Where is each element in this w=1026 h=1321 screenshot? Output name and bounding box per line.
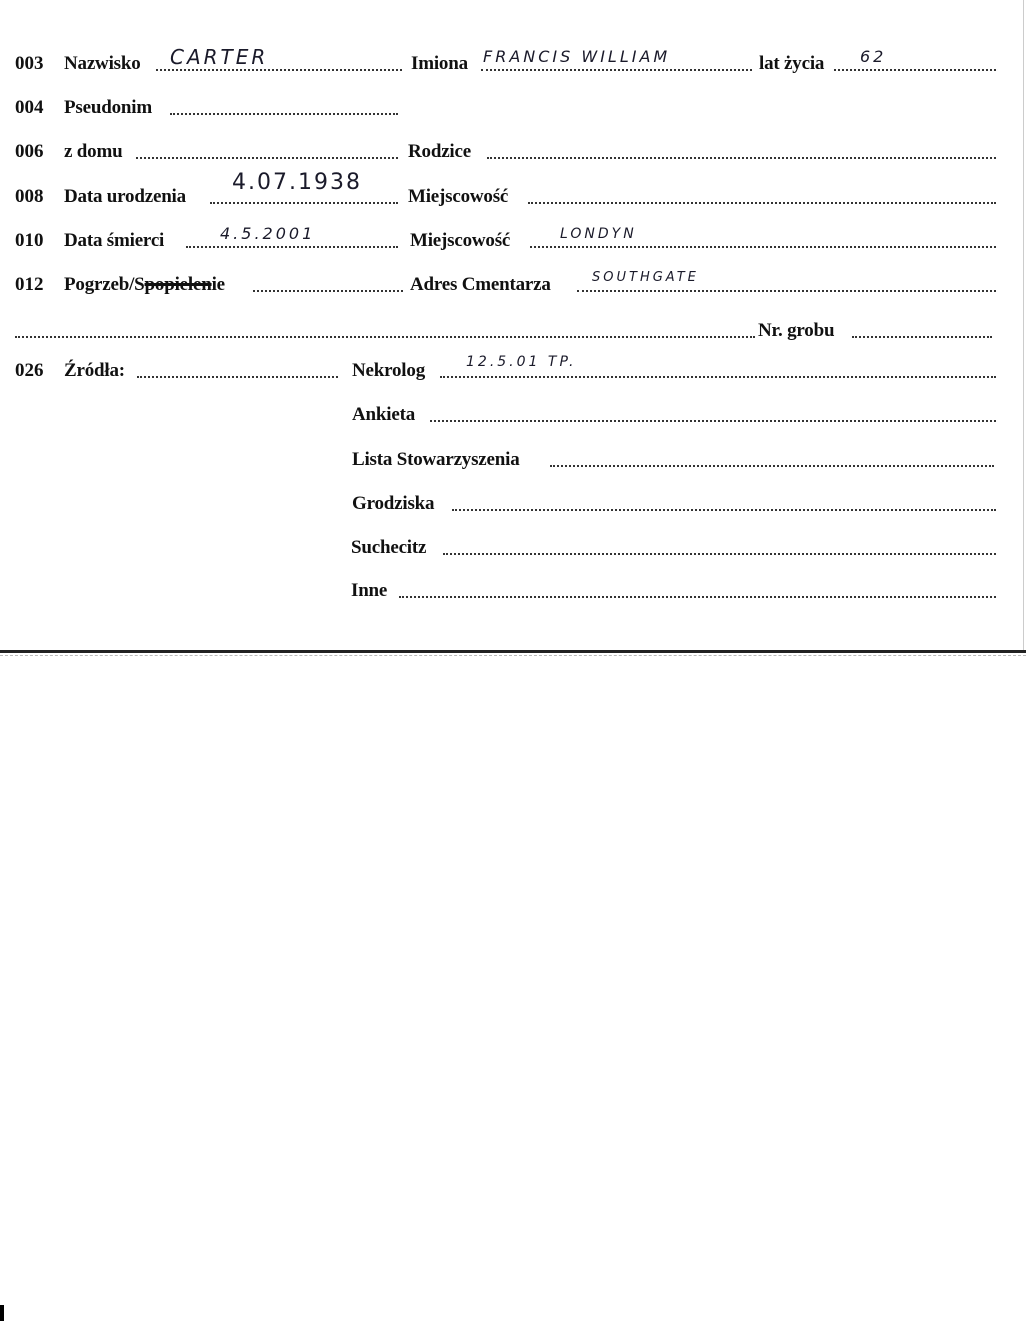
grave-number-label: Nr. grobu	[758, 320, 834, 342]
survey-label: Ankieta	[352, 404, 415, 426]
given-names-label: Imiona	[411, 53, 468, 75]
death-place-label: Miejscowość	[410, 230, 510, 252]
age-field[interactable]	[834, 69, 996, 71]
birth-date-value: 4.07.1938	[232, 170, 362, 195]
burial-field[interactable]	[253, 290, 403, 292]
death-place-field[interactable]	[530, 246, 996, 248]
maiden-name-label: z domu	[64, 141, 122, 163]
given-names-field[interactable]	[481, 69, 752, 71]
given-names-value: FRANCIS WILLIAM	[483, 47, 670, 66]
other-field[interactable]	[399, 596, 996, 598]
maiden-name-field[interactable]	[136, 157, 398, 159]
association-list-label: Lista Stowarzyszenia	[352, 449, 520, 471]
field-code: 012	[15, 274, 44, 296]
row-008: 008 Data urodzenia 4.07.1938 Miejscowość	[0, 180, 1026, 210]
suchecitz-field[interactable]	[443, 553, 996, 555]
scan-mark	[0, 1305, 4, 1321]
field-code: 006	[15, 141, 44, 163]
source-row-grodziska: Grodziska	[0, 487, 1026, 517]
source-row-suchecitz: Suchecitz	[0, 531, 1026, 561]
cemetery-address-value: SOUTHGATE	[592, 270, 699, 285]
burial-label-prefix: Pogrzeb/S	[64, 274, 145, 295]
obituary-value: 12.5.01 TP.	[466, 354, 576, 370]
cemetery-address-field[interactable]	[577, 290, 996, 292]
parents-field[interactable]	[487, 157, 996, 159]
grodziska-field[interactable]	[452, 509, 996, 511]
row-003: 003 Nazwisko CARTER Imiona FRANCIS WILLI…	[0, 47, 1026, 77]
death-place-value: LONDYN	[560, 226, 637, 242]
field-code: 003	[15, 53, 44, 75]
parents-label: Rodzice	[408, 141, 471, 163]
surname-field[interactable]	[156, 69, 402, 71]
field-code: 010	[15, 230, 44, 252]
surname-label: Nazwisko	[64, 53, 141, 75]
cemetery-address-continuation-field[interactable]	[15, 336, 755, 338]
obituary-field[interactable]	[440, 376, 996, 378]
source-row-association-list: Lista Stowarzyszenia	[0, 443, 1026, 473]
birth-place-field[interactable]	[528, 202, 996, 204]
birth-date-field[interactable]	[210, 202, 398, 204]
fold-shadow	[0, 655, 1026, 656]
death-date-label: Data śmierci	[64, 230, 164, 252]
age-label: lat życia	[759, 53, 824, 75]
pseudonym-field[interactable]	[170, 113, 398, 115]
birth-date-label: Data urodzenia	[64, 186, 186, 208]
field-code: 008	[15, 186, 44, 208]
source-row-other: Inne	[0, 574, 1026, 604]
fold-line	[0, 650, 1026, 653]
burial-label: Pogrzeb/Spopielenie	[64, 274, 225, 296]
association-list-field[interactable]	[550, 465, 994, 467]
source-row-survey: Ankieta	[0, 398, 1026, 428]
suchecitz-label: Suchecitz	[351, 537, 426, 559]
birth-place-label: Miejscowość	[408, 186, 508, 208]
row-004: 004 Pseudonim	[0, 91, 1026, 121]
burial-label-suffix: ie	[212, 274, 225, 295]
sources-label: Źródła:	[64, 360, 125, 382]
obituary-label: Nekrolog	[352, 360, 425, 382]
cemetery-address-label: Adres Cmentarza	[410, 274, 551, 296]
surname-value: CARTER	[170, 45, 268, 69]
survey-field[interactable]	[430, 420, 996, 422]
row-026: 026 Źródła: Nekrolog 12.5.01 TP.	[0, 354, 1026, 384]
age-value: 62	[860, 47, 886, 66]
row-grave-number: Nr. grobu	[0, 314, 1026, 344]
other-label: Inne	[351, 580, 387, 602]
grodziska-label: Grodziska	[352, 493, 434, 515]
row-006: 006 z domu Rodzice	[0, 135, 1026, 165]
sources-field[interactable]	[137, 376, 338, 378]
field-code: 026	[15, 360, 44, 382]
row-010: 010 Data śmierci 4.5.2001 Miejscowość LO…	[0, 224, 1026, 254]
row-012: 012 Pogrzeb/Spopielenie Adres Cmentarza …	[0, 268, 1026, 298]
death-date-field[interactable]	[186, 246, 398, 248]
pseudonym-label: Pseudonim	[64, 97, 152, 119]
burial-label-struck: popielen	[145, 274, 212, 295]
death-date-value: 4.5.2001	[220, 224, 315, 243]
field-code: 004	[15, 97, 44, 119]
grave-number-field[interactable]	[852, 336, 992, 338]
